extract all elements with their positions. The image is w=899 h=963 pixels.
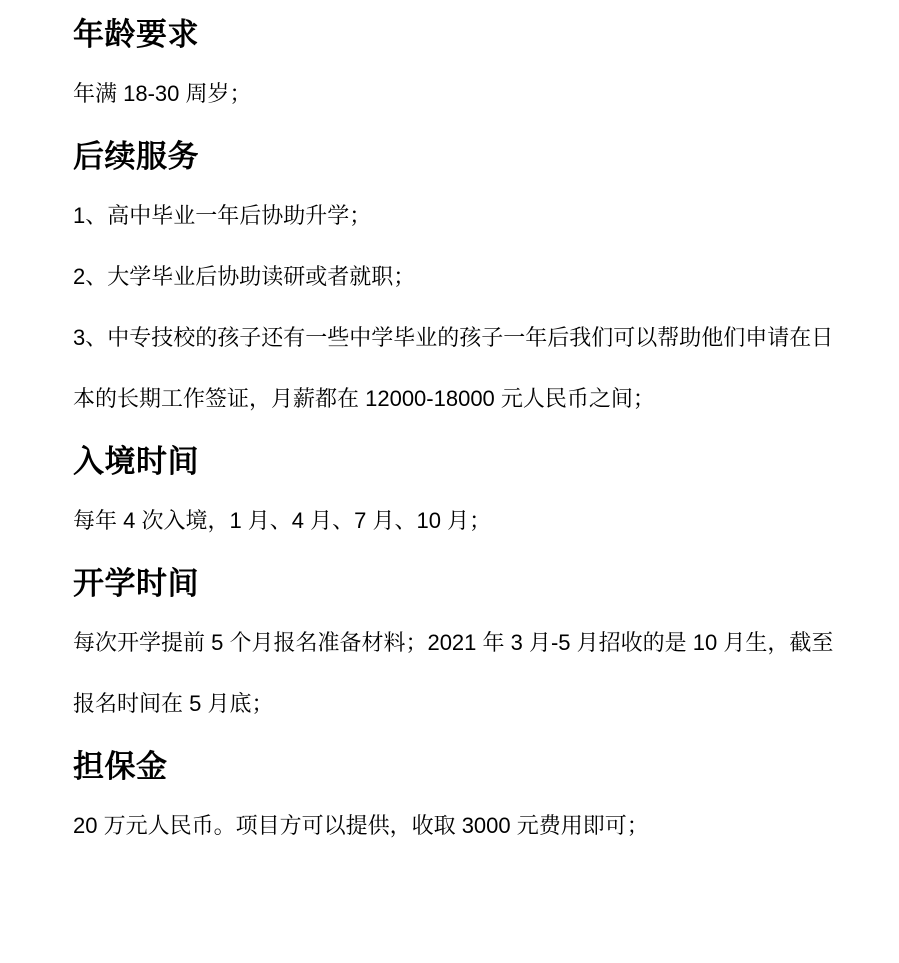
section-heading-deposit: 担保金 (73, 733, 881, 794)
paragraph-line: 年满 18-30 周岁； (73, 62, 881, 123)
paragraph-line: 3、中专技校的孩子还有一些中学毕业的孩子一年后我们可以帮助他们申请在日 (73, 306, 881, 367)
paragraph-line: 每次开学提前 5 个月报名准备材料；2021 年 3 月-5 月招收的是 10 … (73, 611, 881, 672)
section-heading-entry-time: 入境时间 (73, 428, 881, 489)
paragraph-line: 1、高中毕业一年后协助升学； (73, 184, 881, 245)
section-heading-age-requirements: 年龄要求 (73, 1, 881, 62)
paragraph-line: 本的长期工作签证，月薪都在 12000-18000 元人民币之间； (73, 367, 881, 428)
paragraph-line: 2、大学毕业后协助读研或者就职； (73, 245, 881, 306)
section-heading-school-start-time: 开学时间 (73, 550, 881, 611)
document-page: 年龄要求 年满 18-30 周岁； 后续服务 1、高中毕业一年后协助升学； 2、… (0, 0, 899, 963)
paragraph-line: 20 万元人民币。项目方可以提供，收取 3000 元费用即可； (73, 794, 881, 855)
section-heading-follow-up-services: 后续服务 (73, 123, 881, 184)
paragraph-line: 每年 4 次入境，1 月、4 月、7 月、10 月； (73, 489, 881, 550)
paragraph-line: 报名时间在 5 月底； (73, 672, 881, 733)
